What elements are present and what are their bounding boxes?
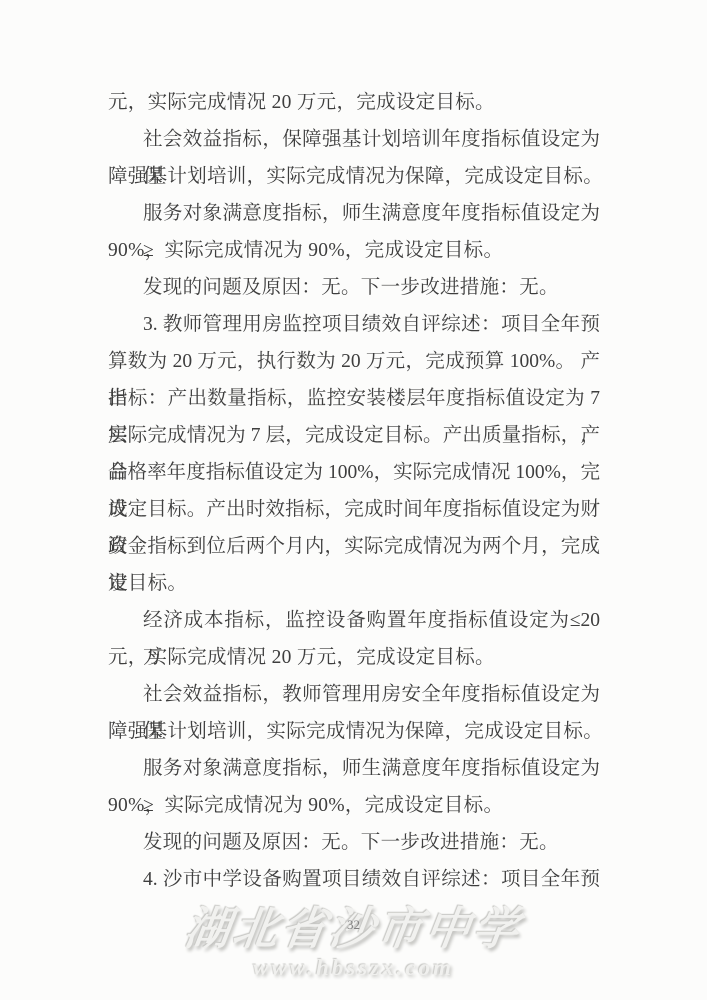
text-line: 障强基计划培训，实际完成情况为保障，完成设定目标。 — [108, 158, 600, 195]
watermark: 湖北省沙市中学 www.hbsszx.com — [0, 903, 707, 981]
page-number: 32 — [0, 917, 707, 933]
text-line: 社会效益指标，保障强基计划培训年度指标值设定为保 — [108, 121, 600, 158]
text-line: 元，实际完成情况 20 万元，完成设定目标。 — [108, 639, 600, 676]
text-line: 90%，实际完成情况为 90%，完成设定目标。 — [108, 232, 600, 269]
text-line: 元，实际完成情况 20 万元，完成设定目标。 — [108, 84, 600, 121]
text-line: 发现的问题及原因：无。下一步改进措施：无。 — [108, 269, 600, 306]
text-line: 社会效益指标，教师管理用房安全年度指标值设定为保 — [108, 676, 600, 713]
text-line: 发现的问题及原因：无。下一步改进措施：无。 — [108, 824, 600, 861]
text-line: 服务对象满意度指标，师生满意度年度指标值设定为≥ — [108, 195, 600, 232]
text-line: 设定目标。产出时效指标，完成时间年度指标值设定为财政 — [108, 491, 600, 528]
text-line: 服务对象满意度指标，师生满意度年度指标值设定为≥ — [108, 750, 600, 787]
text-line: 经济成本指标，监控设备购置年度指标值设定为≤20 万 — [108, 602, 600, 639]
watermark-url: www.hbsszx.com — [0, 955, 707, 981]
text-line: 90%，实际完成情况为 90%，完成设定目标。 — [108, 787, 600, 824]
text-line: 障强基计划培训，实际完成情况为保障，完成设定目标。 — [108, 713, 600, 750]
document-page: 元，实际完成情况 20 万元，完成设定目标。 社会效益指标，保障强基计划培训年度… — [0, 0, 707, 1000]
text-line: 指标：产出数量指标，监控安装楼层年度指标值设定为 7 层， — [108, 380, 600, 417]
text-line: 实际完成情况为 7 层，完成设定目标。产出质量指标，产品 — [108, 417, 600, 454]
text-line: 定目标。 — [108, 565, 600, 602]
text-line: 资金指标到位后两个月内，实际完成情况为两个月，完成设 — [108, 528, 600, 565]
text-line: 3. 教师管理用房监控项目绩效自评综述：项目全年预 — [108, 306, 600, 343]
text-line: 算数为 20 万元，执行数为 20 万元，完成预算 100%。 产出 — [108, 343, 600, 380]
text-line: 合格率年度指标值设定为 100%，实际完成情况 100%，完成 — [108, 454, 600, 491]
text-line: 4. 沙市中学设备购置项目绩效自评综述：项目全年预 — [108, 861, 600, 898]
body-text: 元，实际完成情况 20 万元，完成设定目标。 社会效益指标，保障强基计划培训年度… — [108, 84, 600, 898]
